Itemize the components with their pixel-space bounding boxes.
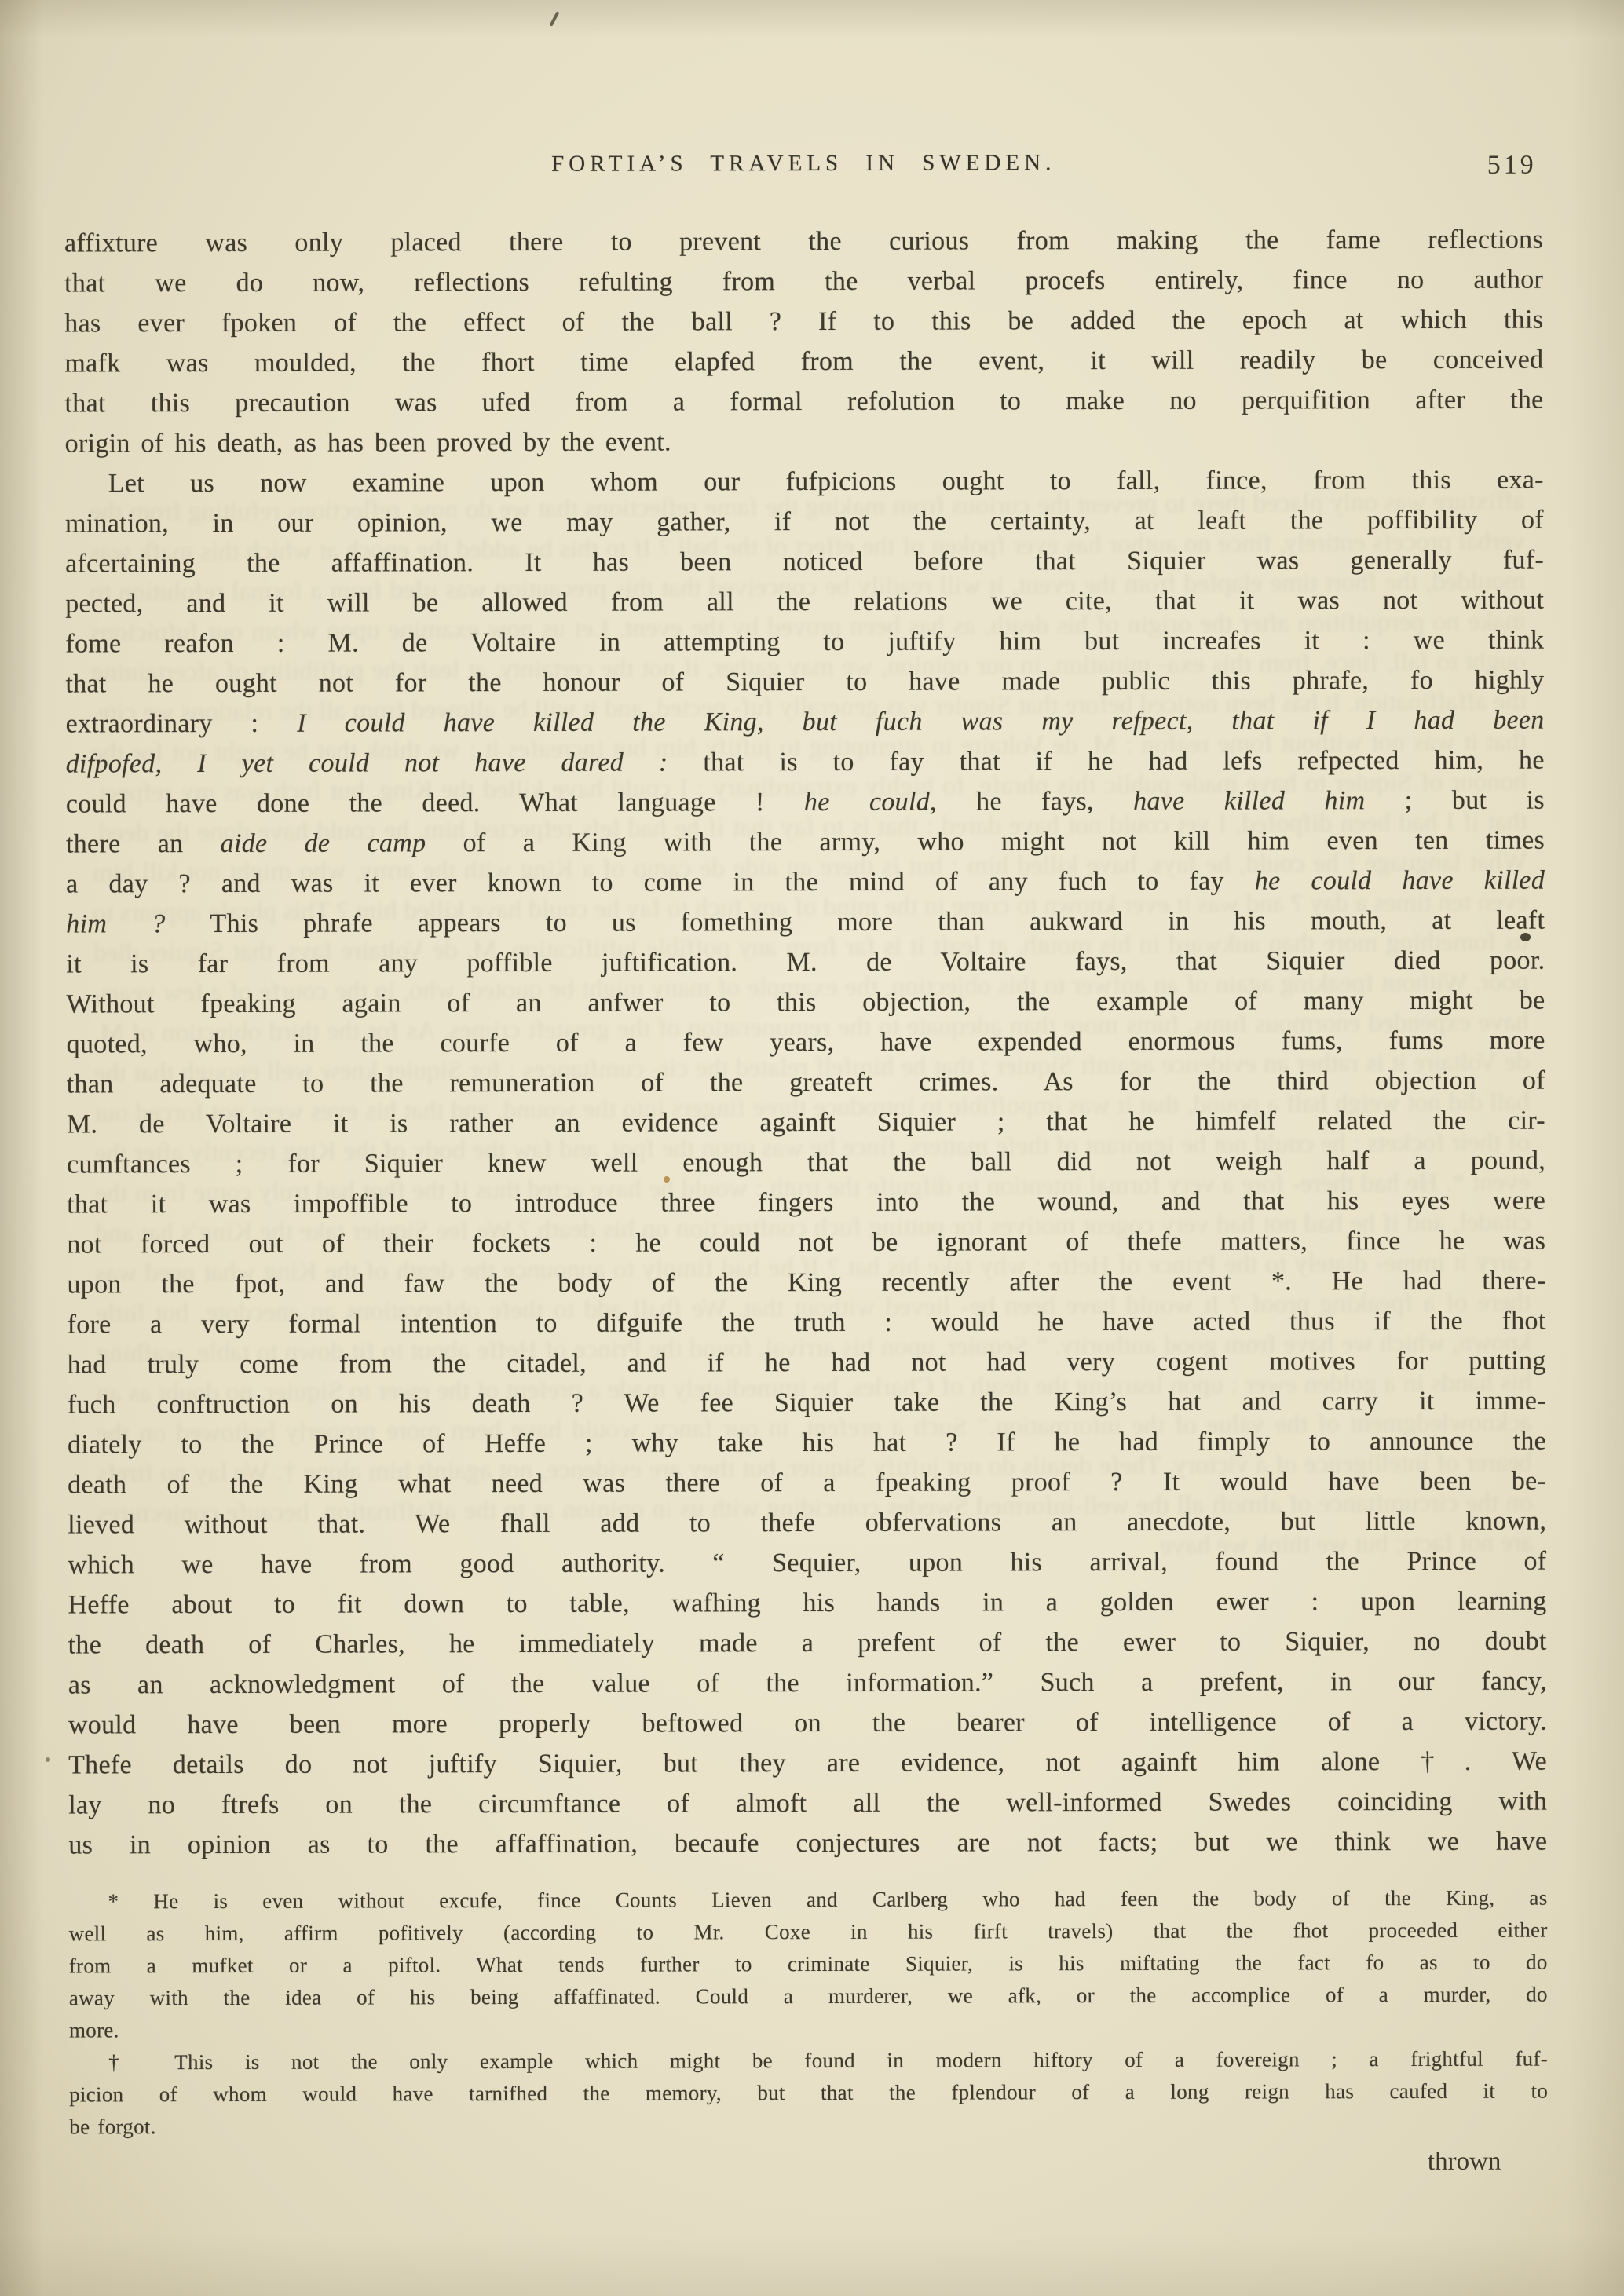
body-line: it is far from any poffible juftificatio…	[66, 941, 1545, 985]
italic-text-run: him ?	[66, 909, 210, 938]
italic-text-run: he could	[804, 788, 930, 817]
body-line: not forced out of their fockets : he cou…	[67, 1221, 1545, 1265]
text-run: had truly come from the citadel, and if …	[68, 1347, 1546, 1380]
text-run: picion of whom would have tarnifhed the …	[69, 2079, 1548, 2107]
body-line: affixture was only placed there to preve…	[64, 220, 1543, 264]
text-run: pected, and it will be allowed from all …	[65, 586, 1544, 619]
body-line: there an aide de camp of a King with the…	[66, 821, 1545, 865]
body-line: lay no ftrefs on the circumftance of alm…	[68, 1782, 1547, 1826]
text-run: of a King with the army, who might not k…	[426, 826, 1545, 858]
text-run: Without fpeaking again of an anfwer to t…	[66, 986, 1545, 1019]
body-line: Thefe details do not juftify Siquier, bu…	[68, 1742, 1547, 1786]
text-run: could have done the deed. What language …	[66, 788, 804, 818]
body-line: fome reafon : M. de Voltaire in attempti…	[65, 620, 1544, 664]
text-run: that it was impoffible to introduce thre…	[67, 1186, 1545, 1219]
text-run: mafk was moulded, the fhort time elapfed…	[64, 345, 1543, 378]
text-run: not forced out of their fockets : he cou…	[67, 1227, 1545, 1260]
body-line: lieved without that. We fhall add to the…	[68, 1501, 1546, 1545]
text-run: mination, in our opinion, we may gather,…	[65, 506, 1544, 539]
text-run: , he fays,	[930, 787, 1133, 817]
body-line: that he ought not for the honour of Siqu…	[65, 660, 1544, 704]
scanned-book-page: affixture was only placed there to preve…	[0, 0, 1624, 2296]
text-run: ; but is	[1365, 786, 1545, 816]
footnote-line: well as him, affirm pofitively (accordin…	[69, 1914, 1548, 1951]
text-run: that he ought not for the honour of Siqu…	[65, 666, 1544, 699]
italic-text-run: have killed him	[1133, 786, 1365, 816]
text-run: diately to the Prince of Heffe ; why tak…	[68, 1427, 1546, 1460]
body-line: a day ? and was it ever known to come in…	[66, 861, 1545, 905]
text-run: fuch conftruction on his death ? We fee …	[68, 1387, 1546, 1420]
text-run: origin of his death, as has been proved …	[65, 427, 671, 458]
body-line: afcertaining the affaffination. It has b…	[65, 540, 1544, 584]
text-run: fore a very formal intention to difguife…	[68, 1307, 1546, 1340]
text-run: * He is even without excufe, fince Count…	[108, 1886, 1547, 1914]
text-run: Let us now examine upon whom our fufpici…	[108, 466, 1544, 499]
text-run: extraordinary :	[66, 709, 298, 739]
italic-text-run: difpofed, I yet could not have dared :	[66, 748, 704, 778]
body-line: as an acknowledgment of the value of the…	[68, 1662, 1547, 1706]
body-line: cumftances ; for Siquier knew well enoug…	[67, 1141, 1545, 1185]
footnote-line: † This is not the only example which mig…	[69, 2043, 1548, 2079]
footnote-line: picion of whom would have tarnifhed the …	[69, 2075, 1548, 2111]
text-run: from a mufket or a piftol. What tends fu…	[69, 1951, 1548, 1978]
italic-text-run: he could have killed	[1255, 866, 1545, 896]
text-run: it is far from any poffible juftificatio…	[66, 946, 1545, 979]
footnote-line: * He is even without excufe, fince Count…	[68, 1882, 1547, 1918]
text-run: there an	[66, 829, 221, 859]
scan-content: affixture was only placed there to preve…	[0, 0, 1624, 2296]
body-line: diately to the Prince of Heffe ; why tak…	[68, 1421, 1546, 1465]
body-line: difpofed, I yet could not have dared : t…	[66, 740, 1545, 784]
text-run: cumftances ; for Siquier knew well enoug…	[67, 1146, 1545, 1179]
text-run: that is to fay that if he had lefs refpe…	[703, 746, 1544, 777]
footnote-line: more.	[69, 2011, 1548, 2047]
text-run: † This is not the only example which mig…	[108, 2047, 1548, 2075]
body-line: would have been more properly beftowed o…	[68, 1702, 1547, 1746]
text-run: lay no ftrefs on the circumftance of alm…	[68, 1787, 1547, 1820]
body-text: affixture was only placed there to preve…	[64, 220, 1547, 1866]
text-run: death of the King what need was there of…	[68, 1467, 1546, 1500]
text-run: as an acknowledgment of the value of the…	[68, 1667, 1547, 1700]
text-run: afcertaining the affaffination. It has b…	[65, 546, 1544, 579]
text-run: upon the fpot, and faw the body of the K…	[67, 1267, 1545, 1300]
body-line: Without fpeaking again of an anfwer to t…	[66, 981, 1545, 1025]
body-line: Heffe about to fit down to table, wafhin…	[68, 1581, 1546, 1625]
text-run: M. de Voltaire it is rather an evidence …	[67, 1106, 1545, 1139]
body-line: us in opinion as to the affaffination, b…	[68, 1822, 1547, 1866]
text-run: that this precaution was ufed from a for…	[64, 386, 1543, 419]
body-line: than adequate to the remuneration of the…	[67, 1061, 1545, 1105]
footnote-line: away with the idea of his being affaffin…	[69, 1979, 1548, 2015]
page-header: FORTIA’S TRAVELS IN SWEDEN. 519	[64, 149, 1543, 189]
text-run: that we do now, reflections refulting fr…	[64, 265, 1543, 298]
catchword: thrown	[1428, 2148, 1501, 2176]
text-run: would have been more properly beftowed o…	[68, 1707, 1547, 1740]
body-line: him ? This phrafe appears to us fomethin…	[66, 901, 1545, 945]
text-run: has ever fpoken of the effect of the bal…	[64, 305, 1543, 338]
body-line: death of the King what need was there of…	[68, 1461, 1546, 1505]
running-title: FORTIA’S TRAVELS IN SWEDEN.	[64, 149, 1543, 179]
text-run: This phrafe appears to us fomething more…	[210, 906, 1545, 938]
body-line: origin of his death, as has been proved …	[65, 420, 1544, 464]
text-run: quoted, who, in the courfe of a few year…	[67, 1026, 1545, 1059]
text-run: the death of Charles, he immediately mad…	[68, 1627, 1547, 1660]
body-line: mination, in our opinion, we may gather,…	[65, 500, 1544, 544]
text-run: us in opinion as to the affaffination, b…	[68, 1827, 1547, 1860]
text-run: a day ? and was it ever known to come in…	[66, 867, 1255, 899]
page-number: 519	[1487, 151, 1537, 181]
body-line: extraordinary : I could have killed the …	[66, 700, 1545, 744]
text-run: fome reafon : M. de Voltaire in attempti…	[65, 626, 1544, 659]
footnotes: * He is even without excufe, fince Count…	[68, 1882, 1548, 2144]
body-line: that this precaution was ufed from a for…	[64, 380, 1543, 424]
text-run: Thefe details do not juftify Siquier, bu…	[68, 1747, 1547, 1780]
text-run: than adequate to the remuneration of the…	[67, 1066, 1545, 1099]
body-line: which we have from good authority. “ Seq…	[68, 1541, 1546, 1585]
text-run: affixture was only placed there to preve…	[64, 225, 1543, 258]
text-run: lieved without that. We fhall add to the…	[68, 1507, 1546, 1540]
body-line: the death of Charles, he immediately mad…	[68, 1621, 1547, 1665]
text-run: Heffe about to fit down to table, wafhin…	[68, 1587, 1546, 1620]
body-line: that it was impoffible to introduce thre…	[67, 1181, 1545, 1225]
text-run: which we have from good authority. “ Seq…	[68, 1547, 1546, 1580]
catchword-row: thrown	[69, 2148, 1501, 2181]
body-line: had truly come from the citadel, and if …	[68, 1341, 1546, 1385]
italic-text-run: aide de camp	[221, 828, 426, 858]
body-line: Let us now examine upon whom our fufpici…	[65, 460, 1544, 504]
body-line: mafk was moulded, the fhort time elapfed…	[64, 340, 1543, 384]
italic-text-run: I could have killed the King, but fuch w…	[297, 706, 1544, 738]
text-run: be forgot.	[69, 2115, 156, 2138]
body-line: M. de Voltaire it is rather an evidence …	[67, 1101, 1545, 1145]
body-line: pected, and it will be allowed from all …	[65, 580, 1544, 624]
body-line: fore a very formal intention to difguife…	[68, 1301, 1546, 1345]
text-run: away with the idea of his being affaffin…	[69, 1983, 1548, 2010]
body-line: has ever fpoken of the effect of the bal…	[64, 300, 1543, 344]
body-line: could have done the deed. What language …	[66, 781, 1545, 824]
footnote-line: be forgot.	[69, 2108, 1548, 2144]
body-line: upon the fpot, and faw the body of the K…	[67, 1261, 1545, 1305]
body-line: quoted, who, in the courfe of a few year…	[67, 1021, 1545, 1065]
text-run: more.	[69, 2018, 119, 2042]
body-line: that we do now, reflections refulting fr…	[64, 260, 1543, 304]
body-line: fuch conftruction on his death ? We fee …	[68, 1381, 1546, 1425]
text-run: well as him, affirm pofitively (accordin…	[69, 1918, 1548, 1946]
footnote-line: from a mufket or a piftol. What tends fu…	[69, 1947, 1548, 1983]
